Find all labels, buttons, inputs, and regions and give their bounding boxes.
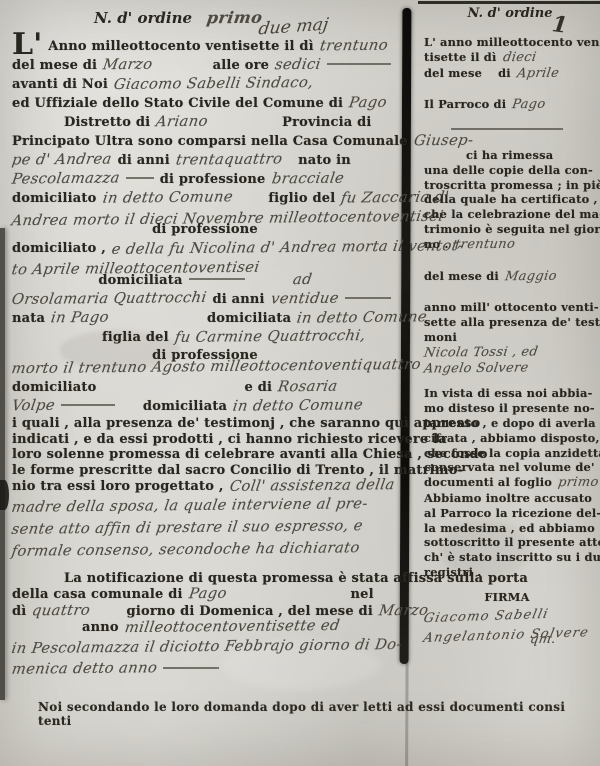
- parroco-body: L' anno milleottocento ven-tisette il dì…: [424, 35, 596, 648]
- printed-text: ci ha rimessa: [466, 148, 553, 162]
- printed-text: Principato Ultra sono comparsi nella Cas…: [12, 134, 408, 149]
- printed-text: mo disteso il presente no-: [424, 401, 595, 415]
- text-line: tamento , e dopo di averla: [424, 416, 596, 431]
- printed-text: loro solenne promessa di celebrare avant…: [12, 447, 488, 462]
- text-line: natain Pagodomiciliatain detto Comune: [12, 309, 404, 328]
- text-line: che la celebrazione del ma-: [424, 207, 596, 222]
- printed-text: la medesima , ed abbiamo: [424, 521, 595, 535]
- handwritten-text: in Pescolamazza il diciotto Febbrajo gio…: [10, 633, 403, 658]
- text-line: conservata nel volume de': [424, 460, 596, 475]
- printed-text: alle ore: [213, 58, 270, 73]
- text-line: registri .: [424, 565, 596, 580]
- handwritten-text: Marzo: [102, 56, 154, 75]
- order-number-heading-left: N. d' ordine primo: [12, 8, 404, 27]
- flourish-rule: [126, 177, 154, 179]
- printed-text: che fosse la copia anzidetta: [424, 446, 600, 460]
- printed-text: una delle copie della con-: [424, 163, 593, 177]
- text-line: annomilleottocentoventisette ed: [12, 619, 404, 636]
- printed-text: e di: [245, 380, 273, 395]
- printed-text: del mese: [424, 66, 482, 80]
- printed-text: cifrata , abbiamo disposto,: [424, 431, 600, 445]
- handwritten-text: quattro: [31, 602, 91, 618]
- page-left-edge-shadow: [0, 228, 5, 700]
- printed-text: di: [498, 66, 511, 80]
- handwritten-text: Pago: [187, 586, 227, 602]
- text-line: no .trentuno: [424, 237, 596, 253]
- text-line: moni: [424, 330, 596, 345]
- text-line: loro solenne promessa di celebrare avant…: [12, 447, 404, 463]
- text-line: della casa comunale diPagonel: [12, 586, 404, 603]
- printed-text: al Parroco la ricezione del-: [424, 506, 600, 520]
- printed-text: Distretto di: [64, 115, 150, 130]
- printed-text: L' anno milleottocento ven-: [424, 35, 600, 49]
- text-line: Volpedomiciliatain detto Comune: [12, 397, 404, 416]
- text-line: L'Anno milleottocento ventisette il dìtr…: [12, 35, 404, 56]
- text-line: ci ha rimessa: [424, 148, 596, 163]
- printed-text: conservata nel volume de': [424, 460, 595, 474]
- text-line: domiciliatoin detto Comunefiglio delfu Z…: [12, 189, 404, 208]
- printed-text: nel: [350, 587, 373, 602]
- handwritten-text: Pago: [348, 94, 389, 112]
- handwritten-text: in detto Comune: [101, 188, 234, 207]
- printed-text: sette alla presenza de' testi-: [424, 315, 600, 329]
- handwritten-text: in detto Comune: [296, 308, 429, 327]
- printed-text: domiciliato ,: [12, 241, 106, 256]
- handwritten-text: Maggio: [504, 269, 558, 284]
- printed-text: avanti di Noi: [12, 77, 108, 92]
- handwritten-text: Pago: [511, 98, 547, 113]
- printed-text: anno mill' ottocento venti-: [424, 300, 599, 314]
- handwritten-text: menica detto anno: [10, 657, 158, 680]
- printed-text: no .: [424, 237, 449, 251]
- handwritten-text: morto il trentuno Agosto milleottocentov…: [10, 354, 422, 379]
- printed-text: moni: [424, 330, 457, 344]
- printed-text: di anni: [212, 292, 264, 307]
- text-line: Nicola Tossi , ed: [424, 345, 596, 361]
- text-line: Angelo Solvere: [424, 361, 596, 377]
- printed-text: registri .: [424, 565, 481, 579]
- handwritten-text: qm.: [529, 633, 557, 648]
- text-line: troscritta promessa ; in piè: [424, 178, 596, 193]
- handwritten-text: Pescolamazza: [11, 169, 122, 188]
- handwritten-text: primo: [557, 476, 600, 491]
- handwritten-text: ventidue: [269, 290, 340, 309]
- page-top-rule: [418, 1, 600, 4]
- handwritten-text: ad: [291, 271, 313, 289]
- handwritten-text: pe d' Andrea: [11, 150, 113, 169]
- text-line: in Pescolamazza il diciotto Febbrajo gio…: [12, 636, 404, 658]
- printed-text: della quale ha certificato ,: [424, 192, 598, 206]
- handwritten-text: madre della sposa, la quale interviene a…: [10, 493, 369, 518]
- handwritten-text: Orsolamaria Quattrocchi: [11, 289, 208, 309]
- printed-text: nato in: [298, 153, 351, 168]
- handwritten-text: Nicola Tossi , ed: [423, 345, 539, 361]
- handwritten-text: fu Carmine Quattrocchi,: [173, 327, 366, 347]
- printed-text: indicati , e da essi prodotti , ci hanno…: [12, 432, 447, 447]
- printed-text: domiciliata: [98, 273, 182, 288]
- text-line: domiciliatoe diRosaria: [12, 378, 404, 397]
- text-line: madre della sposa, la quale interviene a…: [12, 495, 404, 517]
- text-line: del mese diMarzoalle oresedici: [12, 56, 404, 75]
- printed-text: Anno milleottocento ventisette il dì: [48, 39, 313, 54]
- handwritten-text: Giacomo Sabelli: [422, 607, 550, 626]
- text-line: indicati , e da essi prodotti , ci hanno…: [12, 432, 404, 448]
- text-line: qm.: [424, 632, 596, 648]
- text-line: sottoscritto il presente atto: [424, 535, 596, 550]
- order-number-heading-right: N. d' ordine: [424, 6, 596, 21]
- text-line: pe d' Andreadi annitrentaquattronato in: [12, 151, 404, 170]
- printed-text: Abbiamo inoltre accusato: [424, 491, 592, 505]
- printed-text: ch' è stato inscritto su i due: [424, 550, 600, 564]
- printed-text: troscritta promessa ; in piè: [424, 178, 600, 192]
- printed-text: di professione: [160, 172, 266, 187]
- printed-text: nata: [12, 311, 45, 326]
- text-line: Pescolamazzadi professionebracciale: [12, 170, 404, 189]
- printed-text: del mese di: [424, 269, 499, 283]
- printed-text: di professione: [152, 222, 258, 237]
- promessa-body: L'Anno milleottocento ventisette il dìtr…: [12, 35, 404, 680]
- printed-text: tisette il dì: [424, 50, 497, 64]
- text-line: figlia delfu Carmine Quattrocchi,: [12, 328, 404, 347]
- text-line: della quale ha certificato ,: [424, 192, 596, 207]
- text-line: tisette il dìdieci: [424, 50, 596, 66]
- handwritten-text: sedici: [274, 56, 322, 74]
- printed-text: figlia del: [102, 330, 169, 345]
- handwritten-text: Rosaria: [277, 378, 339, 397]
- handwritten-text: in detto Comune: [232, 396, 365, 415]
- printed-text: In vista di essa noi abbia-: [424, 386, 593, 400]
- text-line: trimonio è seguita nel gior-: [424, 222, 596, 237]
- text-line: Orsolamaria Quattrocchidi anniventidue: [12, 290, 404, 309]
- text-line: menica detto anno: [12, 658, 404, 680]
- printed-text: figlio del: [268, 191, 335, 206]
- scanned-civil-record-page: 1 N. d' ordine primo L'Anno milleottocen…: [0, 0, 600, 766]
- handwritten-text: Marzo: [378, 602, 430, 618]
- text-line: avanti di NoiGiacomo Sabelli Sindaco,: [12, 75, 404, 94]
- text-line: cifrata , abbiamo disposto,: [424, 431, 596, 446]
- printed-text: Il Parroco di: [424, 97, 506, 111]
- handwritten-text: trentaquattro: [174, 150, 283, 169]
- handwritten-text: formale consenso, secondoche ha dichiara…: [10, 537, 361, 562]
- handwritten-text: sente atto affin di prestare il suo espr…: [10, 515, 364, 540]
- handwritten-text: Coll' assistenza della: [228, 477, 395, 494]
- text-line: al Parroco la ricezione del-: [424, 506, 596, 521]
- printed-text: sottoscritto il presente atto: [424, 535, 600, 549]
- printed-text: domiciliato: [12, 380, 97, 395]
- text-line: morto il trentuno Agosto milleottocentov…: [12, 356, 404, 378]
- text-line: del mesediAprile: [424, 66, 596, 82]
- handwritten-text: Volpe: [11, 397, 57, 415]
- text-line: del mese diMaggio: [424, 269, 596, 285]
- printed-text: dì: [12, 604, 26, 619]
- text-line: domiciliato ,e della fu Nicolina d' Andr…: [12, 239, 404, 258]
- printed-text: tamento , e dopo di averla: [424, 416, 596, 430]
- text-line: di professione: [12, 221, 404, 239]
- printed-text: che la celebrazione del ma-: [424, 207, 600, 221]
- printed-text: Provincia di: [282, 115, 371, 130]
- parroco-column: N. d' ordine L' anno milleottocento ven-…: [424, 6, 596, 648]
- text-line: sente atto affin di prestare il suo espr…: [12, 517, 404, 539]
- text-line: i quali , alla presenza de' testimonj , …: [12, 416, 404, 432]
- text-line: Principato Ultra sono comparsi nella Cas…: [12, 132, 404, 151]
- ink-smudge: [0, 480, 9, 510]
- promessa-column: N. d' ordine primo L'Anno milleottocento…: [12, 8, 404, 680]
- flourish-rule: [345, 297, 391, 299]
- printed-text: documenti al foglio: [424, 475, 552, 489]
- handwritten-text: bracciale: [270, 170, 345, 189]
- text-line: dìquattrogiorno di Domenica , del mese d…: [12, 603, 404, 620]
- text-line: la medesima , ed abbiamo: [424, 521, 596, 536]
- printed-text: i quali , alla presenza de' testimonj , …: [12, 416, 480, 431]
- handwritten-text: trentuno: [318, 37, 389, 56]
- text-line: FIRMA: [424, 590, 596, 605]
- handwritten-text: dieci: [501, 51, 537, 66]
- printed-text: domiciliata: [143, 399, 227, 414]
- printed-text: della casa comunale di: [12, 587, 183, 602]
- text-line: [424, 123, 596, 138]
- printed-text: nio tra essi loro progettato ,: [12, 479, 224, 494]
- text-line: Il Parroco diPago: [424, 97, 596, 113]
- text-line: Distretto diArianoProvincia di: [12, 113, 404, 132]
- printed-text: di anni: [118, 153, 170, 168]
- handwritten-text: Angelo Solvere: [423, 361, 530, 377]
- text-line: ed Uffiziale dello Stato Civile del Comu…: [12, 94, 404, 113]
- printed-text: del mese di: [12, 58, 97, 73]
- text-line: Abbiamo inoltre accusato: [424, 491, 596, 506]
- text-line: formale consenso, secondoche ha dichiara…: [12, 539, 404, 561]
- handwritten-text: Aprile: [516, 66, 560, 81]
- text-line: anno mill' ottocento venti-: [424, 300, 596, 315]
- printed-text: anno: [82, 620, 119, 635]
- text-line: una delle copie della con-: [424, 163, 596, 178]
- text-line: mo disteso il presente no-: [424, 401, 596, 416]
- flourish-rule: [327, 63, 391, 65]
- text-line: La notificazione di questa promessa è st…: [12, 571, 404, 587]
- printed-text: domiciliato: [12, 191, 97, 206]
- handwritten-text: e della fu Nicolina d' Andrea morta il v…: [110, 237, 464, 259]
- printed-text: trimonio è seguita nel gior-: [424, 222, 600, 236]
- flourish-rule: [189, 278, 245, 280]
- handwritten-text: in Pago: [50, 309, 111, 328]
- printed-text: FIRMA: [484, 590, 529, 604]
- printed-text: ed Uffiziale dello Stato Civile del Comu…: [12, 96, 343, 111]
- order-number-label: N. d' ordine: [468, 6, 553, 21]
- handwritten-text: Ariano: [155, 113, 210, 132]
- text-line: sette alla presenza de' testi-: [424, 315, 596, 330]
- handwritten-text: trentuno: [453, 237, 515, 252]
- flourish-rule: [163, 667, 219, 669]
- text-line: In vista di essa noi abbia-: [424, 386, 596, 401]
- flourish-rule: [451, 128, 563, 130]
- order-number-label: N. d' ordine: [94, 9, 192, 27]
- text-line: ch' è stato inscritto su i due: [424, 550, 596, 565]
- flourish-rule: [61, 404, 115, 406]
- margin-annotation: due maj: [257, 16, 329, 39]
- text-line: che fosse la copia anzidetta: [424, 446, 596, 461]
- printed-text: domiciliata: [207, 311, 291, 326]
- text-line: L' anno milleottocento ven-: [424, 35, 596, 50]
- text-line: Giacomo Sabelli: [424, 609, 596, 625]
- text-line: nio tra essi loro progettato ,Coll' assi…: [12, 478, 404, 495]
- handwritten-text: milleottocentoventisette ed: [123, 618, 340, 636]
- order-number-value-handwritten: primo: [206, 8, 264, 28]
- text-line: documenti al foglioprimo: [424, 475, 596, 491]
- footer-printed-line: Noi secondando le loro domanda dopo di a…: [38, 700, 600, 728]
- handwritten-text: Giacomo Sabelli Sindaco,: [112, 74, 314, 94]
- text-line: domiciliataad: [12, 271, 404, 290]
